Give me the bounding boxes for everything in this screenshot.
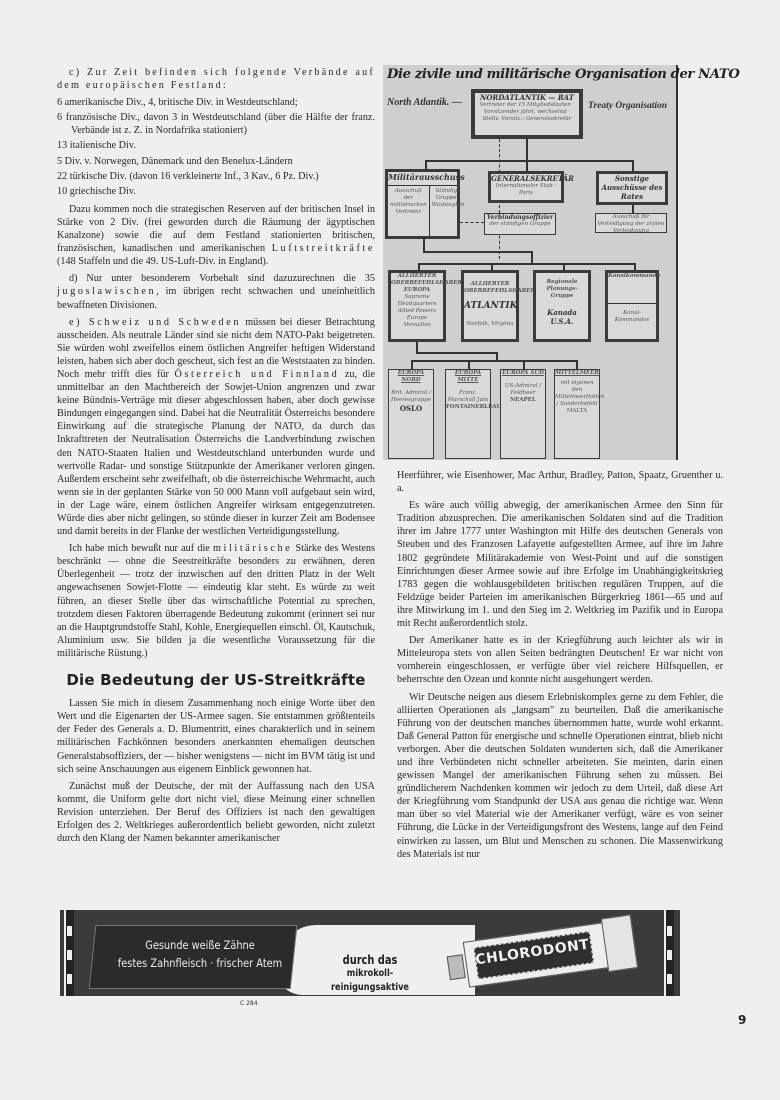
box-subtitle: mit eigenen den Mittelmeerflotten / Sond… (555, 380, 599, 408)
connector (468, 360, 470, 369)
connector (423, 251, 531, 253)
forces-list: 6 amerikanische Div., 4, britische Div. … (57, 96, 375, 198)
box-subtitle: der ständigen Gruppe (485, 221, 555, 228)
ad-tagline: durch das mikrokoll-reinigungsaktive (313, 953, 428, 995)
connector (632, 205, 634, 213)
ad-slogan-line1: Gesunde weiße Zähne (115, 936, 285, 954)
connector (496, 352, 498, 360)
box-title: Verbindungsoffizier (485, 214, 555, 221)
section-heading: Die Bedeutung der US-Streitkräfte (57, 674, 375, 687)
box-place: Norfolk, Virginia (464, 321, 516, 328)
paragraph-r4: Wir Deutsche neigen aus diesem Erlebnisk… (397, 691, 723, 861)
connector (411, 360, 576, 362)
box-title: Regionale Planungs-Gruppe (536, 279, 588, 300)
connector (411, 360, 413, 369)
box-title: EUROPA SÜD (501, 370, 545, 377)
paragraph-us-2: Zunächst muß der Deutsche, der mit der A… (57, 780, 375, 845)
connector (418, 263, 634, 265)
ad-slogan-line2: festes Zahnfleisch · frischer Atem (115, 954, 285, 972)
emphasis-spaced: e) Schweiz und Schweden (69, 317, 241, 328)
connector (423, 239, 425, 251)
box-name: Kanada U.S.A. (536, 308, 588, 326)
diagram-label-left: North Atlantik. — (387, 97, 462, 108)
connector (526, 139, 528, 161)
text: Stärke des Westens beschränkt — ohne die… (57, 543, 375, 659)
paragraph-military: Ich habe mich bewußt nur auf die militär… (57, 542, 375, 660)
box-title: Kanalkommando (608, 273, 656, 304)
diagram-label-right: Treaty Organisation (588, 101, 667, 111)
right-column: Heerführer, wie Eisenhower, Mac Arthur, … (397, 469, 723, 865)
connector (425, 160, 632, 162)
liaison-box: Verbindungsoffizier der ständigen Gruppe (484, 213, 556, 235)
paragraph-r3: Der Amerikaner hatte es in der Kriegführ… (397, 634, 723, 686)
box-place: NEAPEL (501, 397, 545, 404)
box-subtitle: Brit. Admiral / Heeresgruppe (389, 390, 433, 404)
text: zu, die unmittelbar an den Machtbereich … (57, 369, 375, 537)
text: (148 Staffeln und die 49. US-Luft-Div. i… (57, 256, 268, 267)
box-title: ALLIIERTER OBERBEFEHLSHABER (464, 281, 516, 295)
command-europe-box: ALLIIERTER OBERBEFEHLSHABER EUROPA Supre… (388, 270, 446, 342)
ad-film-strip-right (664, 910, 674, 996)
box-place: Versailles (391, 322, 443, 329)
box-subtitle: Kanal-Kommandos (608, 310, 656, 324)
emphasis-spaced: Luftstreitkräfte (272, 243, 375, 254)
list-item: 22 türkische Div. (davon 16 verkleinerte… (57, 170, 375, 183)
box-name: ATLANTIK (464, 301, 516, 311)
box-subtitle: Internationaler Stab · Paris (491, 183, 561, 197)
emphasis-spaced: jugoslawischen (57, 286, 156, 297)
list-item: 10 griechische Div. (57, 185, 375, 198)
channel-command-box: Kanalkommando Kanal-Kommandos (605, 270, 659, 342)
subcommand-mediterranean-box: MITTELMEER mit eigenen den Mittelmeerflo… (554, 369, 600, 459)
list-item: 5 Div. v. Norwegen, Dänemark und den Ben… (57, 155, 375, 168)
list-item: 6 französische Div., davon 3 in Westdeut… (57, 111, 375, 137)
ad-slogan: Gesunde weiße Zähne festes Zahnfleisch ·… (115, 936, 285, 972)
paragraph-us-1: Lassen Sie mich in diesem Zusammenhang n… (57, 697, 375, 776)
other-committees-sub-box: Ausschuß für Verteidigung der zivilen Ve… (595, 213, 667, 233)
secretary-general-box: GENERALSEKRETÄR Internationaler Stab · P… (488, 171, 564, 203)
paragraph-e: e) Schweiz und Schweden müssen bei diese… (57, 316, 375, 539)
connector (416, 352, 496, 354)
dashed-connector (460, 222, 484, 223)
magazine-page: c) Zur Zeit befinden sich folgende Verbä… (0, 0, 780, 1100)
ad-tagline-line1: durch das (313, 953, 428, 967)
box-subtitle: Ständige Gruppe · Washington (430, 186, 467, 238)
connector (531, 251, 533, 263)
subcommand-center-box: EUROPA MITTE Franz. Marschall Juin FONTA… (445, 369, 491, 459)
box-place: OSLO (389, 404, 433, 413)
paragraph-r1: Heerführer, wie Eisenhower, Mac Arthur, … (397, 469, 723, 495)
list-item: 6 amerikanische Div., 4, britische Div. … (57, 96, 375, 109)
box-title: Militärausschuss (388, 172, 457, 182)
emphasis-spaced: militärische (213, 543, 292, 554)
page-number: 9 (738, 1013, 746, 1027)
paragraph-r2: Es wäre auch völlig abwegig, der amerika… (397, 499, 723, 630)
box-subtitle: Franz. Marschall Juin (446, 390, 490, 404)
subcommand-south-box: EUROPA SÜD US-Admiral / Feldheer NEAPEL (500, 369, 546, 459)
box-subtitle: Supreme Headquarters Allied Powers Europ… (391, 294, 443, 322)
box-title: ALLIIERTER OBERBEFEHLSHABER EUROPA (391, 273, 443, 294)
tube-cap (447, 954, 466, 980)
diagram-title: Die zivile und militärische Organisation… (387, 67, 677, 82)
box-subtitle: Ausschuß der militärischen Vertreter (388, 186, 430, 238)
subcommand-north-box: EUROPA NORD Brit. Admiral / Heeresgruppe… (388, 369, 434, 459)
council-box: NORDATLANTIK — RAT Vertreter der 15 Mitg… (471, 89, 583, 139)
box-subtitle: Vertreter der 15 Mitgliedstaaten · Vorsi… (475, 102, 579, 123)
connector (416, 342, 418, 352)
box-title: EUROPA MITTE (446, 370, 490, 384)
paragraph-d: d) Nur unter besonderem Vorbehalt sind d… (57, 272, 375, 311)
connector (576, 360, 578, 369)
text: Ich habe mich bewußt nur auf die (69, 543, 213, 554)
box-title: GENERALSEKRETÄR (491, 174, 561, 183)
item-c-intro: c) Zur Zeit befinden sich folgende Verbä… (57, 66, 375, 92)
paragraph-reserves: Dazu kommen noch die strategischen Reser… (57, 203, 375, 268)
box-title: MITTELMEER (555, 370, 599, 377)
box-place: MALTA (555, 408, 599, 415)
box-place: FONTAINEBLEAU (446, 404, 490, 411)
box-title: NORDATLANTIK — RAT (475, 93, 579, 102)
command-atlantic-box: ALLIIERTER OBERBEFEHLSHABER ATLANTIK Nor… (461, 270, 519, 342)
connector (523, 360, 525, 369)
other-committees-box: Sonstige Ausschüsse des Rates (596, 171, 668, 205)
emphasis-spaced: Österreich und Finnland (174, 369, 339, 380)
box-title: EUROPA NORD (389, 370, 433, 384)
box-title: Sonstige Ausschüsse des Rates (599, 174, 665, 201)
military-committee-box: Militärausschuss Ausschuß der militärisc… (385, 169, 460, 239)
chlorodont-advertisement: Gesunde weiße Zähne festes Zahnfleisch ·… (60, 910, 680, 1000)
list-item: 13 italienische Div. (57, 139, 375, 152)
ad-tagline-line2: mikrokoll-reinigungsaktive (313, 967, 428, 995)
left-column: c) Zur Zeit befinden sich folgende Verbä… (57, 66, 375, 849)
nato-organization-diagram: Die zivile und militärische Organisation… (383, 65, 678, 460)
ad-film-strip-left (64, 910, 74, 996)
ad-code: C 284 (240, 1000, 258, 1007)
planning-group-box: Regionale Planungs-Gruppe Kanada U.S.A. (533, 270, 591, 342)
text: d) Nur unter besonderem Vorbehalt sind d… (69, 273, 375, 284)
box-subtitle: Ausschuß für Verteidigung der zivilen Ve… (596, 214, 666, 235)
box-subtitle: US-Admiral / Feldheer (501, 383, 545, 397)
